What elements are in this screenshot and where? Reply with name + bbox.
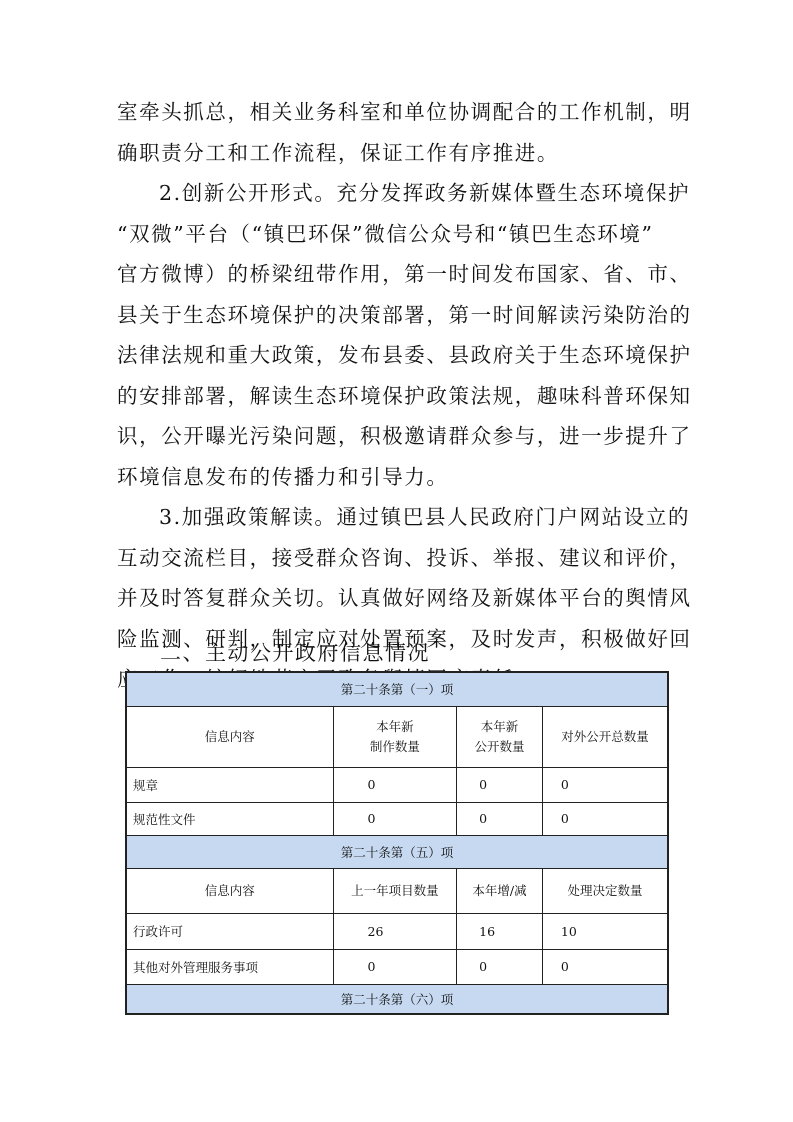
- text-line: 环境信息发布的传播力和引导力。: [117, 457, 677, 498]
- column-header: 信息内容: [126, 706, 333, 767]
- text-line: 法律法规和重大政策，发布县委、县政府关于生态环境保护: [117, 335, 677, 376]
- cell-value: 26: [333, 913, 457, 949]
- cell-label: 行政许可: [126, 913, 333, 949]
- column-header: 处理决定数量: [542, 868, 668, 913]
- cell-value: 10: [542, 913, 668, 949]
- cell-value: 0: [333, 802, 457, 835]
- column-header: 对外公开总数量: [542, 706, 668, 767]
- cell-label: 其他对外管理服务事项: [126, 949, 333, 984]
- section-row-6: 第二十条第（六）项: [126, 984, 668, 1014]
- cell-value: 0: [542, 949, 668, 984]
- disclosure-table: 第二十条第（一）项 信息内容 本年新制作数量 本年新公开数量 对外公开总数量 规…: [125, 671, 669, 1015]
- cell-label: 规章: [126, 767, 333, 802]
- cell-value: 0: [457, 767, 543, 802]
- section-row-5: 第二十条第（五）项: [126, 835, 668, 868]
- table-row: 规章 0 0 0: [126, 767, 668, 802]
- table-row: 行政许可 26 16 10: [126, 913, 668, 949]
- paragraph-3: 3.加强政策解读。通过镇巴县人民政府门户网站设立的 互动交流栏目，接受群众咨询、…: [117, 497, 677, 700]
- table-row: 规范性文件 0 0 0: [126, 802, 668, 835]
- column-header: 上一年项目数量: [333, 868, 457, 913]
- header-row: 信息内容 上一年项目数量 本年增/减 处理决定数量: [126, 868, 668, 913]
- column-header: 本年新公开数量: [457, 706, 543, 767]
- cell-value: 0: [457, 802, 543, 835]
- text-line: 室牵头抓总，相关业务科室和单位协调配合的工作机制，明: [117, 92, 677, 133]
- cell-value: 0: [333, 767, 457, 802]
- column-header: 本年增/减: [457, 868, 543, 913]
- text-line: 县关于生态环境保护的决策部署，第一时间解读污染防治的: [117, 295, 677, 336]
- text-line: 3.加强政策解读。通过镇巴县人民政府门户网站设立的: [117, 497, 677, 538]
- section-row-1: 第二十条第（一）项: [126, 672, 668, 706]
- text-line: “双微”平台（“镇巴环保”微信公众号和“镇巴生态环境”: [117, 214, 677, 255]
- cell-value: 16: [457, 913, 543, 949]
- cell-value: 0: [542, 767, 668, 802]
- table-row: 其他对外管理服务事项 0 0 0: [126, 949, 668, 984]
- cell-value: 0: [333, 949, 457, 984]
- column-header: 本年新制作数量: [333, 706, 457, 767]
- text-line: 2.创新公开形式。充分发挥政务新媒体暨生态环境保护: [117, 173, 677, 214]
- text-line: 确职责分工和工作流程，保证工作有序推进。: [117, 133, 677, 174]
- text-line: 互动交流栏目，接受群众咨询、投诉、举报、建议和评价，: [117, 538, 677, 579]
- text-line: 官方微博）的桥梁纽带作用，第一时间发布国家、省、市、: [117, 254, 677, 295]
- column-header: 信息内容: [126, 868, 333, 913]
- cell-value: 0: [542, 802, 668, 835]
- cell-value: 0: [457, 949, 543, 984]
- text-line: 识，公开曝光污染问题，积极邀请群众参与，进一步提升了: [117, 416, 677, 457]
- section-title: 第二十条第（六）项: [126, 984, 668, 1014]
- text-line: 并及时答复群众关切。认真做好网络及新媒体平台的舆情风: [117, 578, 677, 619]
- section-heading: 二、主动公开政府信息情况: [160, 637, 430, 667]
- text-line: 的安排部署，解读生态环境保护政策法规，趣味科普环保知: [117, 376, 677, 417]
- header-row: 信息内容 本年新制作数量 本年新公开数量 对外公开总数量: [126, 706, 668, 767]
- cell-label: 规范性文件: [126, 802, 333, 835]
- paragraph-2: 2.创新公开形式。充分发挥政务新媒体暨生态环境保护 “双微”平台（“镇巴环保”微…: [117, 173, 677, 497]
- section-title: 第二十条第（五）项: [126, 835, 668, 868]
- section-title: 第二十条第（一）项: [126, 672, 668, 706]
- paragraph-1: 室牵头抓总，相关业务科室和单位协调配合的工作机制，明 确职责分工和工作流程，保证…: [117, 92, 677, 173]
